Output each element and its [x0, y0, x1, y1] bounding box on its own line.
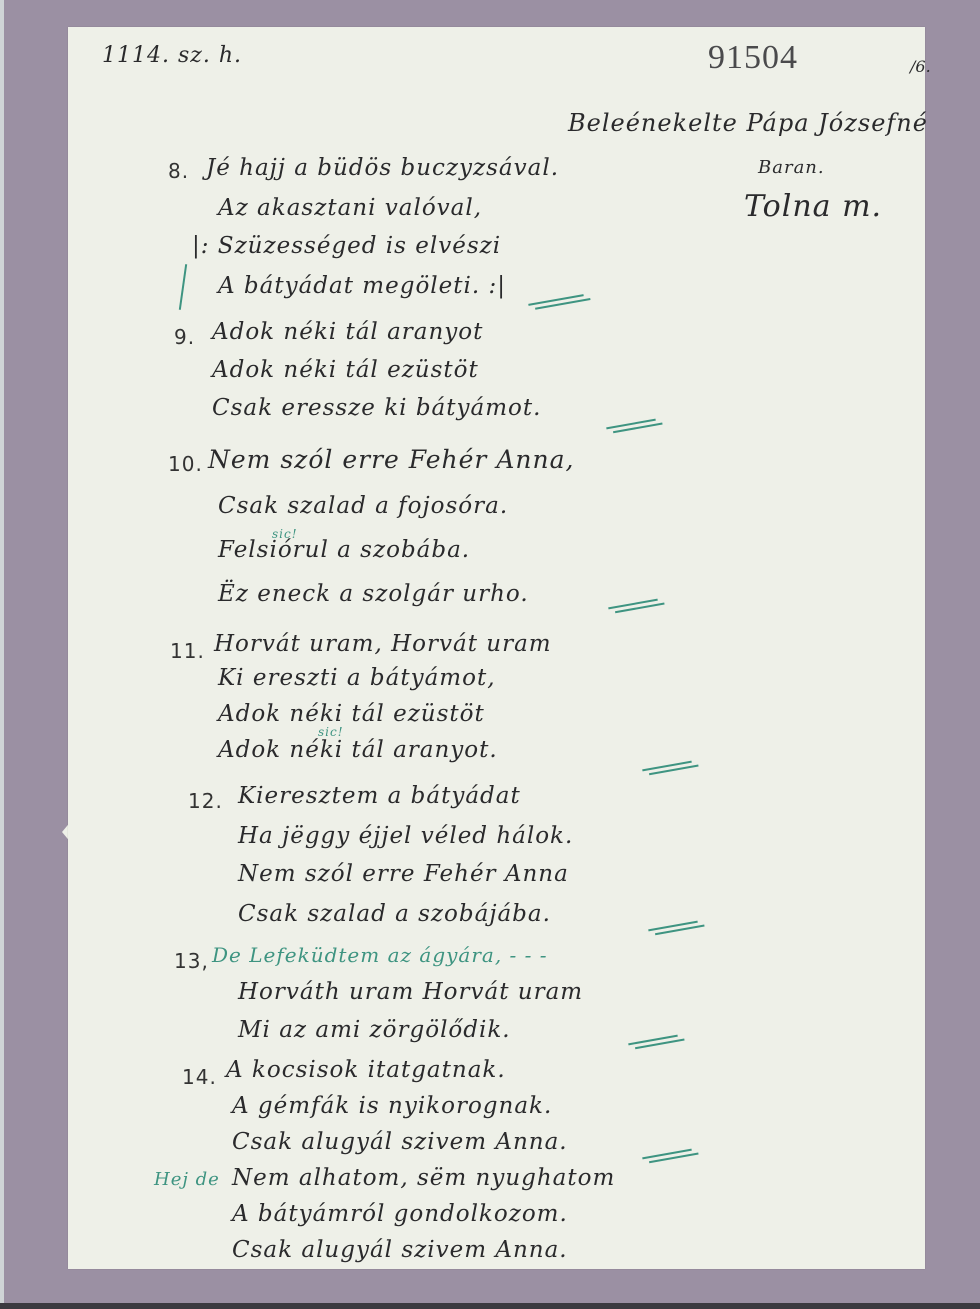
manuscript-page: 1114. sz. h. 91504 /6. Beleénekelte Pápa… — [68, 27, 925, 1269]
stanza-number: 8. — [168, 159, 189, 183]
green-check-mark — [608, 599, 658, 610]
scan-edge-left — [0, 0, 4, 1309]
archive-number-suffix: /6. — [910, 57, 931, 76]
verse-line: Adok néki tál ezüstöt — [218, 701, 485, 727]
verse-line: Horvát uram, Horvát uram — [214, 631, 552, 657]
stanza-number: 12. — [188, 789, 223, 813]
scan-edge-bottom — [0, 1303, 980, 1309]
verse-line: Felsiórul a szobába. — [218, 537, 470, 563]
verse-line: Csak alugyál szivem Anna. — [232, 1129, 568, 1155]
verse-line: Jé hajj a büdös buczyzsával. — [206, 155, 559, 181]
verse-line: Adok néki tál aranyot. — [218, 737, 498, 763]
margin-note: Hej de — [154, 1169, 220, 1190]
verse-line: A bátyádat megöleti. :| — [218, 273, 506, 299]
green-check-mark — [528, 294, 583, 306]
verse-line: Ki ereszti a bátyámot, — [218, 665, 496, 691]
verse-line: Adok néki tál aranyot — [212, 319, 483, 345]
verse-line-inserted: De Lefeküdtem az ágyára, - - - — [212, 943, 548, 967]
verse-line: Nem alhatom, sëm nyughatom — [232, 1165, 615, 1191]
green-check-mark — [648, 921, 698, 932]
verse-line: Csak szalad a szobájába. — [238, 901, 551, 927]
stanza-number: 11. — [170, 639, 205, 663]
verse-line: Adok néki tál ezüstöt — [212, 357, 479, 383]
verse-line: Csak szalad a fojosóra. — [218, 493, 508, 519]
archive-number-stamp: 91504 — [708, 39, 798, 77]
verse-line: Az akasztani valóval, — [218, 195, 482, 221]
green-check-mark — [642, 1149, 692, 1160]
verse-line: Csak eressze ki bátyámot. — [212, 395, 541, 421]
verse-line: Csak alugyál szivem Anna. — [232, 1237, 568, 1263]
verse-line: Mi az ami zörgölődik. — [238, 1017, 511, 1043]
stanza-number: 9. — [174, 325, 195, 349]
stanza-number: 13, — [174, 949, 209, 973]
collector-line: Beleénekelte Pápa Józsefné — [568, 109, 928, 137]
repeat-mark — [179, 264, 187, 310]
green-check-mark — [606, 419, 656, 430]
call-number: 1114. sz. h. — [102, 43, 242, 68]
verse-line: A gémfák is nyikorognak. — [232, 1093, 552, 1119]
county-name: Tolna m. — [744, 189, 882, 224]
verse-line: Ëz eneck a szolgár urho. — [218, 581, 529, 607]
verse-line: Ha jëggy éjjel véled hálok. — [238, 823, 573, 849]
place-name: Baran. — [758, 157, 825, 178]
green-check-mark — [628, 1035, 678, 1046]
verse-line: Nem szól erre Fehér Anna, — [208, 445, 574, 474]
verse-line: Horváth uram Horvát uram — [238, 979, 583, 1005]
verse-line: Nem szól erre Fehér Anna — [238, 861, 569, 887]
verse-line: A bátyámról gondolkozom. — [232, 1201, 568, 1227]
verse-line: A kocsisok itatgatnak. — [226, 1057, 506, 1083]
mounting-board: 1114. sz. h. 91504 /6. Beleénekelte Pápa… — [0, 0, 980, 1309]
green-check-mark — [642, 761, 692, 772]
stanza-number: 10. — [168, 452, 203, 476]
verse-line: Kieresztem a bátyádat — [238, 783, 521, 809]
verse-line: |: Szüzességed is elvészi — [192, 233, 501, 259]
stanza-number: 14. — [182, 1065, 217, 1089]
